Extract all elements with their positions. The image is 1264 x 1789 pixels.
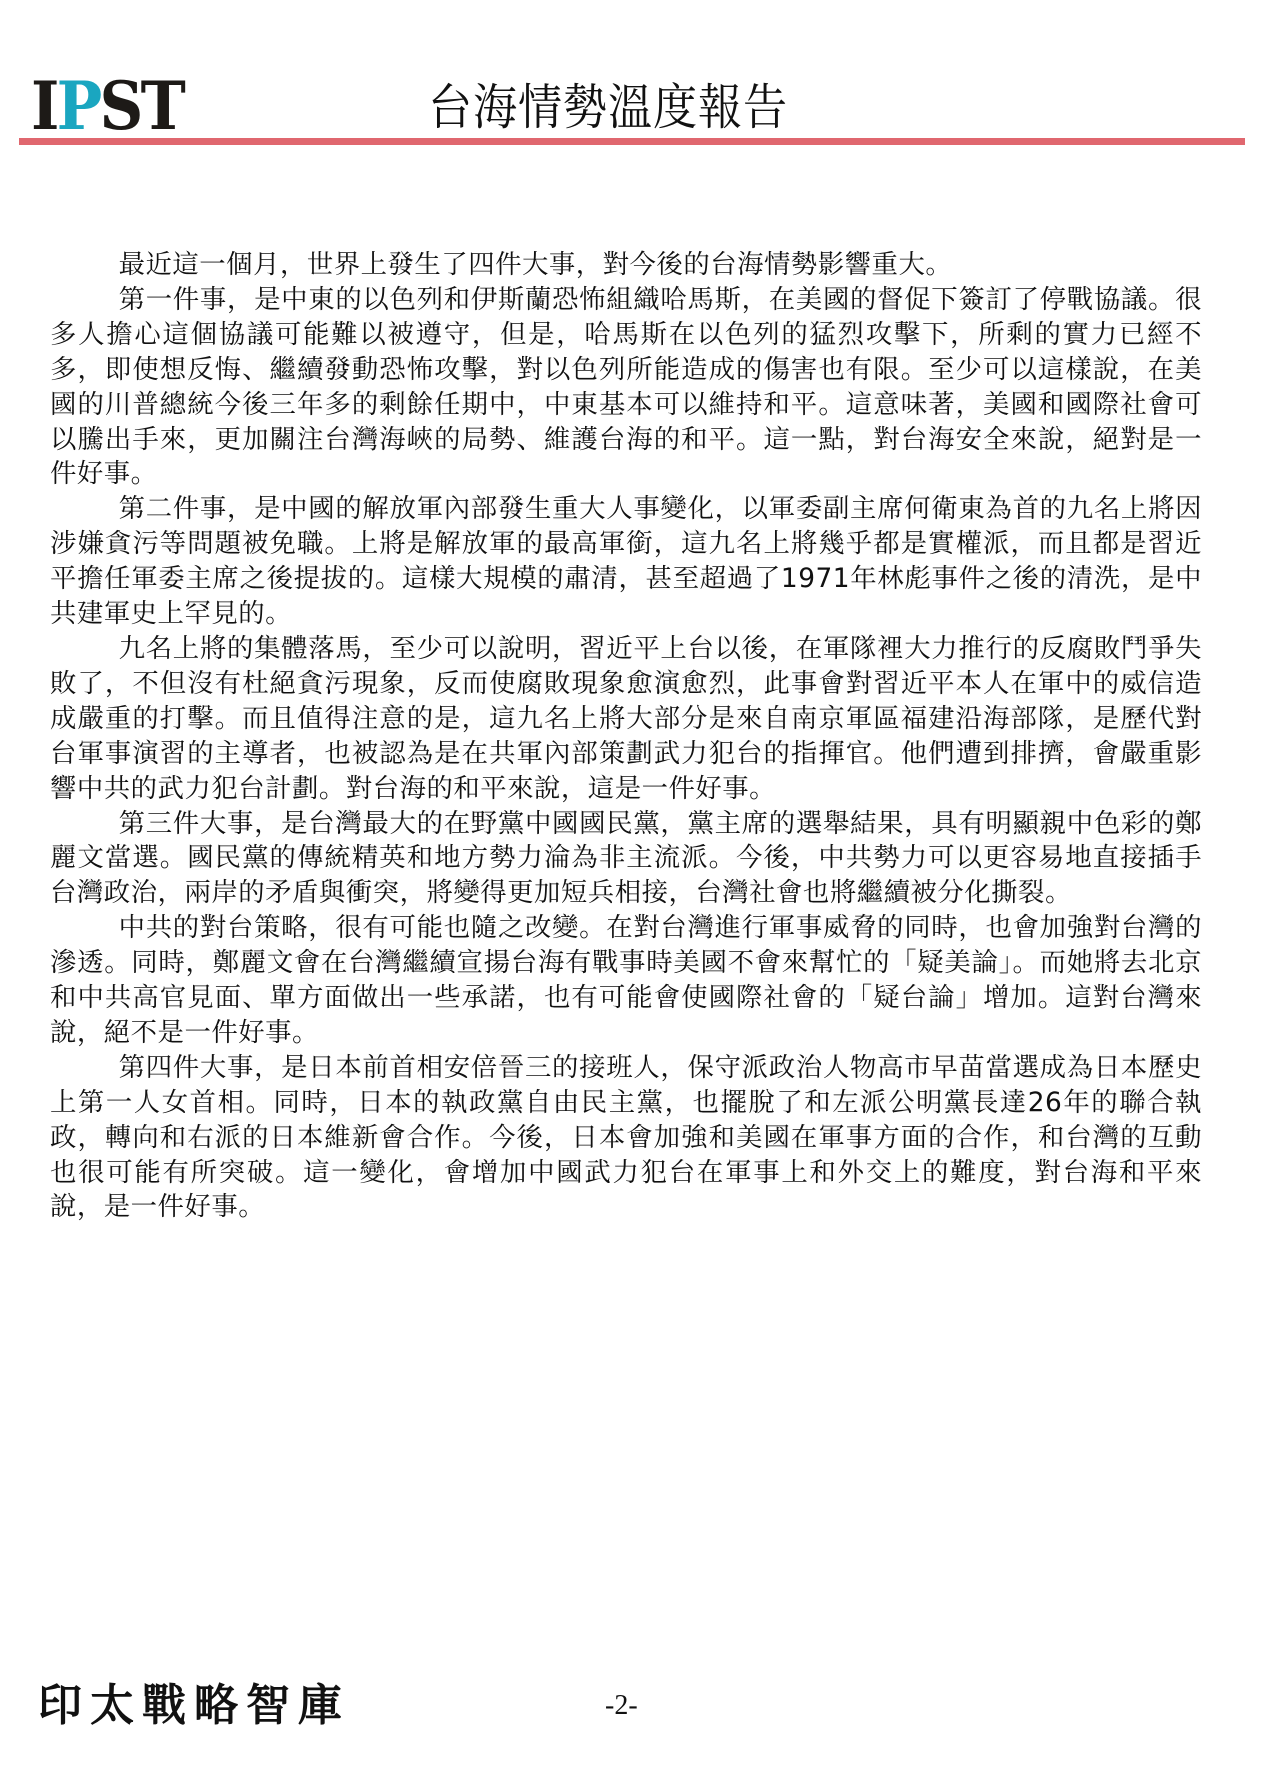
logo-letter-p: P [57, 76, 100, 136]
paragraph-event-3: 第三件大事，是台灣最大的在野黨中國國民黨，黨主席的選舉結果，具有明顯親中色彩的鄭… [50, 807, 1202, 912]
paragraph-intro: 最近這一個月，世界上發生了四件大事，對今後的台海情勢影響重大。 [50, 248, 1202, 283]
document-title: 台海情勢溫度報告 [428, 80, 788, 136]
page-footer: 印太戰略智庫 -2- [0, 1680, 1264, 1740]
paragraph-event-2: 第二件事，是中國的解放軍內部發生重大人事變化，以軍委副主席何衛東為首的九名上將因… [50, 492, 1202, 632]
footer-brand: 印太戰略智庫 [38, 1680, 350, 1732]
paragraph-event-3-analysis: 中共的對台策略，很有可能也隨之改變。在對台灣進行軍事威脅的同時，也會加強對台灣的… [50, 911, 1202, 1051]
logo-letters-st: ST [100, 76, 184, 136]
logo-letter-i: I [31, 76, 57, 136]
page-number: -2- [605, 1686, 638, 1726]
page-header: IPST 台海情勢溫度報告 [0, 0, 1264, 150]
paragraph-event-4: 第四件大事，是日本前首相安倍晉三的接班人，保守派政治人物高市早苗當選成為日本歷史… [50, 1051, 1202, 1226]
ipst-logo: IPST [31, 76, 183, 136]
header-divider [19, 138, 1245, 145]
paragraph-event-2-analysis: 九名上將的集體落馬，至少可以說明，習近平上台以後，在軍隊裡大力推行的反腐敗鬥爭失… [50, 632, 1202, 807]
paragraph-event-1: 第一件事，是中東的以色列和伊斯蘭恐怖組織哈馬斯，在美國的督促下簽訂了停戰協議。很… [50, 283, 1202, 492]
article-body: 最近這一個月，世界上發生了四件大事，對今後的台海情勢影響重大。 第一件事，是中東… [50, 248, 1202, 1225]
